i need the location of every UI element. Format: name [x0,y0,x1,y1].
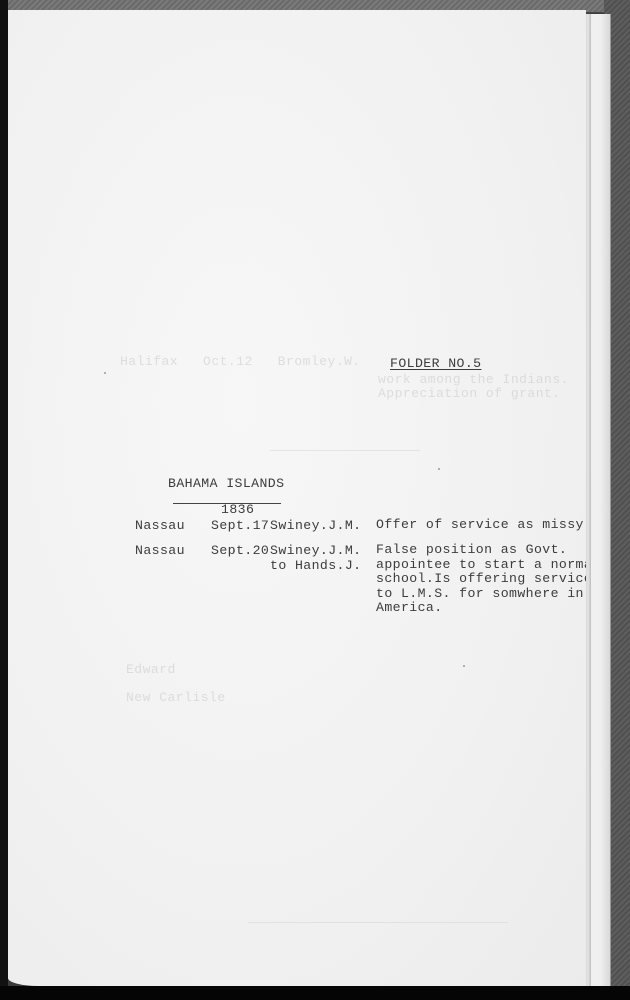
bleed-through-rule [270,436,420,451]
year-heading: 1836 [221,502,254,517]
bleed-through-line: New Carlisle [126,690,226,705]
bleed-through-line: work among the Indians. [378,372,569,387]
section-title: BAHAMA ISLANDS [168,476,284,491]
entry-place: Nassau [135,518,185,533]
entry-date: Sept.17 [211,518,269,533]
entry-note: False position as Govt. appointee to sta… [376,543,586,616]
entry-place: Nassau [135,543,185,558]
paper-speck [104,372,106,374]
binder-left-edge [0,0,8,1000]
entry-note: Offer of service as missy. [376,518,586,533]
entry-name: Swiney.J.M. to Hands.J. [270,543,361,573]
binder-bottom-edge [0,986,630,1000]
paper-speck [463,665,465,667]
bleed-through-line: Edward [126,662,176,677]
paper-speck [438,468,440,470]
document-page: Halifax Oct.12 Bromley.W. work among the… [8,10,586,986]
folder-title: FOLDER NO.5 [390,356,481,371]
bleed-through-line: Halifax Oct.12 Bromley.W. [120,354,361,369]
entry-name: Swiney.J.M. [270,518,361,533]
bleed-through-rule [248,918,508,923]
entry-date: Sept.20 [211,543,269,558]
bleed-through-line: Appreciation of grant. [378,386,561,401]
